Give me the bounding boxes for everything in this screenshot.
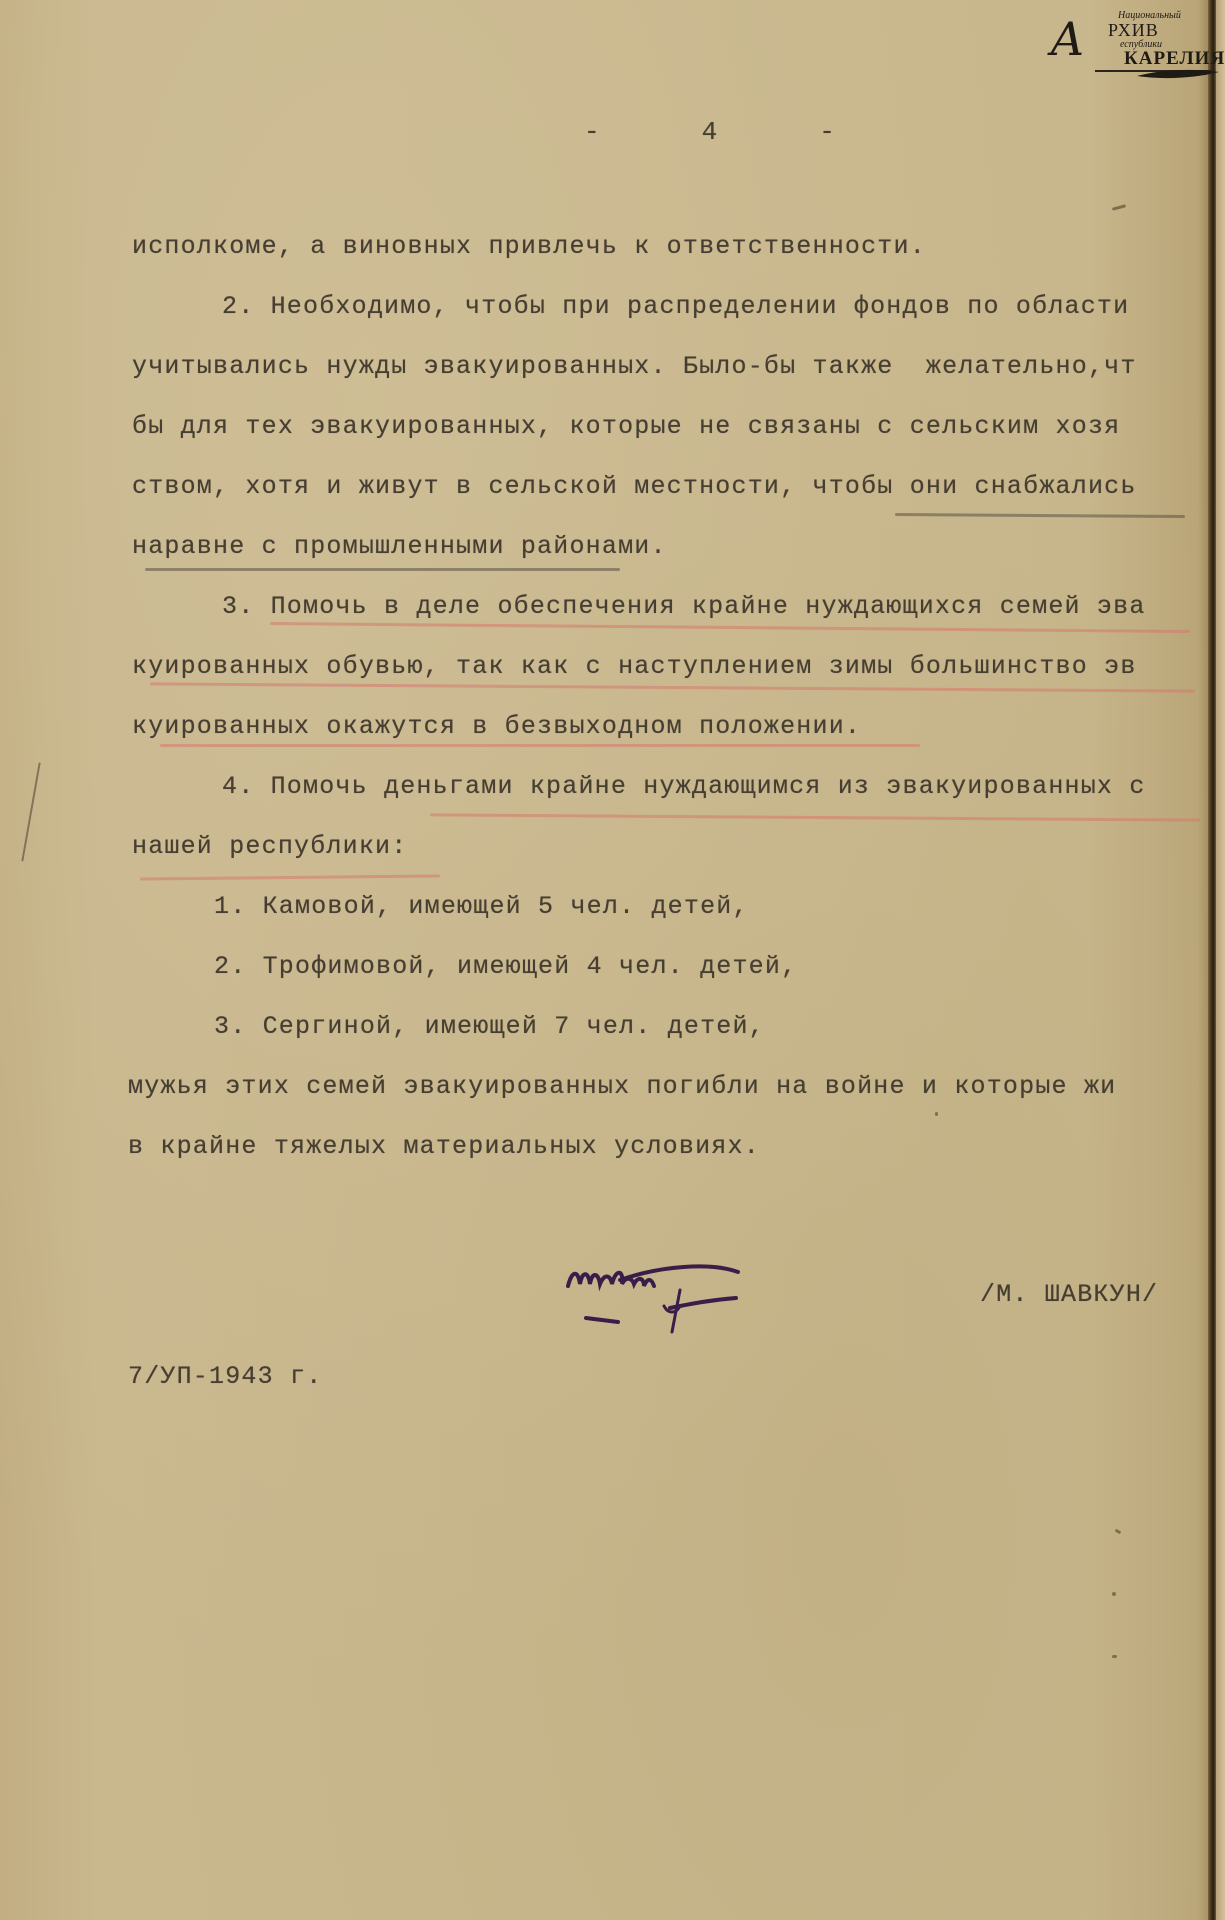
list-item-2: 2. Трофимовой, имеющей 4 чел. детей, bbox=[214, 952, 797, 981]
feather-quill-icon bbox=[1135, 66, 1220, 82]
text-line-3: учитывались нужды эвакуированных. Было-б… bbox=[132, 352, 1137, 381]
red-underline-para3-line3 bbox=[160, 744, 920, 747]
document-date: 7/УП-1943 г. bbox=[128, 1362, 322, 1391]
text-line-2: 2. Необходимо, чтобы при распределении ф… bbox=[222, 292, 1129, 321]
text-line-6: наравне с промышленными районами. bbox=[132, 532, 667, 561]
text-line-10: 4. Помочь деньгами крайне нуждающимся из… bbox=[222, 772, 1146, 801]
text-line-11: нашей республики: bbox=[132, 832, 407, 861]
signatory-name: /М. ШАВКУН/ bbox=[980, 1280, 1158, 1309]
text-line-5: ством, хотя и живут в сельской местности… bbox=[132, 472, 1137, 501]
page-number: - 4 - bbox=[584, 117, 836, 147]
text-line-16: в крайне тяжелых материальных условиях. bbox=[128, 1132, 760, 1161]
handwritten-signature bbox=[560, 1248, 800, 1338]
page-edge-strip bbox=[1216, 0, 1225, 1920]
list-item-1: 1. Камовой, имеющей 5 чел. детей, bbox=[214, 892, 749, 921]
paper-speck bbox=[935, 1112, 938, 1116]
paper-speck bbox=[1112, 1592, 1116, 1596]
binding-spine bbox=[1208, 0, 1216, 1920]
logo-line-archive: РХИВ bbox=[1108, 20, 1159, 41]
text-line-1: исполкоме, а виновных привлечь к ответст… bbox=[132, 232, 926, 261]
text-line-15: мужья этих семей эвакуированных погибли … bbox=[128, 1072, 1116, 1101]
list-item-3: 3. Сергиной, имеющей 7 чел. детей, bbox=[214, 1012, 765, 1041]
pencil-underline-industrial bbox=[145, 568, 620, 571]
paper-speck bbox=[1112, 1655, 1117, 1658]
text-line-4: бы для тех эвакуированных, которые не св… bbox=[132, 412, 1120, 441]
text-line-9: куированных окажутся в безвыходном полож… bbox=[132, 712, 861, 741]
archive-logo: А Национальный РХИВ еспублики КАРЕЛИЯ bbox=[1040, 8, 1220, 80]
logo-initial-a: А bbox=[1050, 12, 1085, 66]
text-line-7: 3. Помочь в деле обеспечения крайне нужд… bbox=[222, 592, 1146, 621]
text-line-8: куированных обувью, так как с наступлени… bbox=[132, 652, 1137, 681]
